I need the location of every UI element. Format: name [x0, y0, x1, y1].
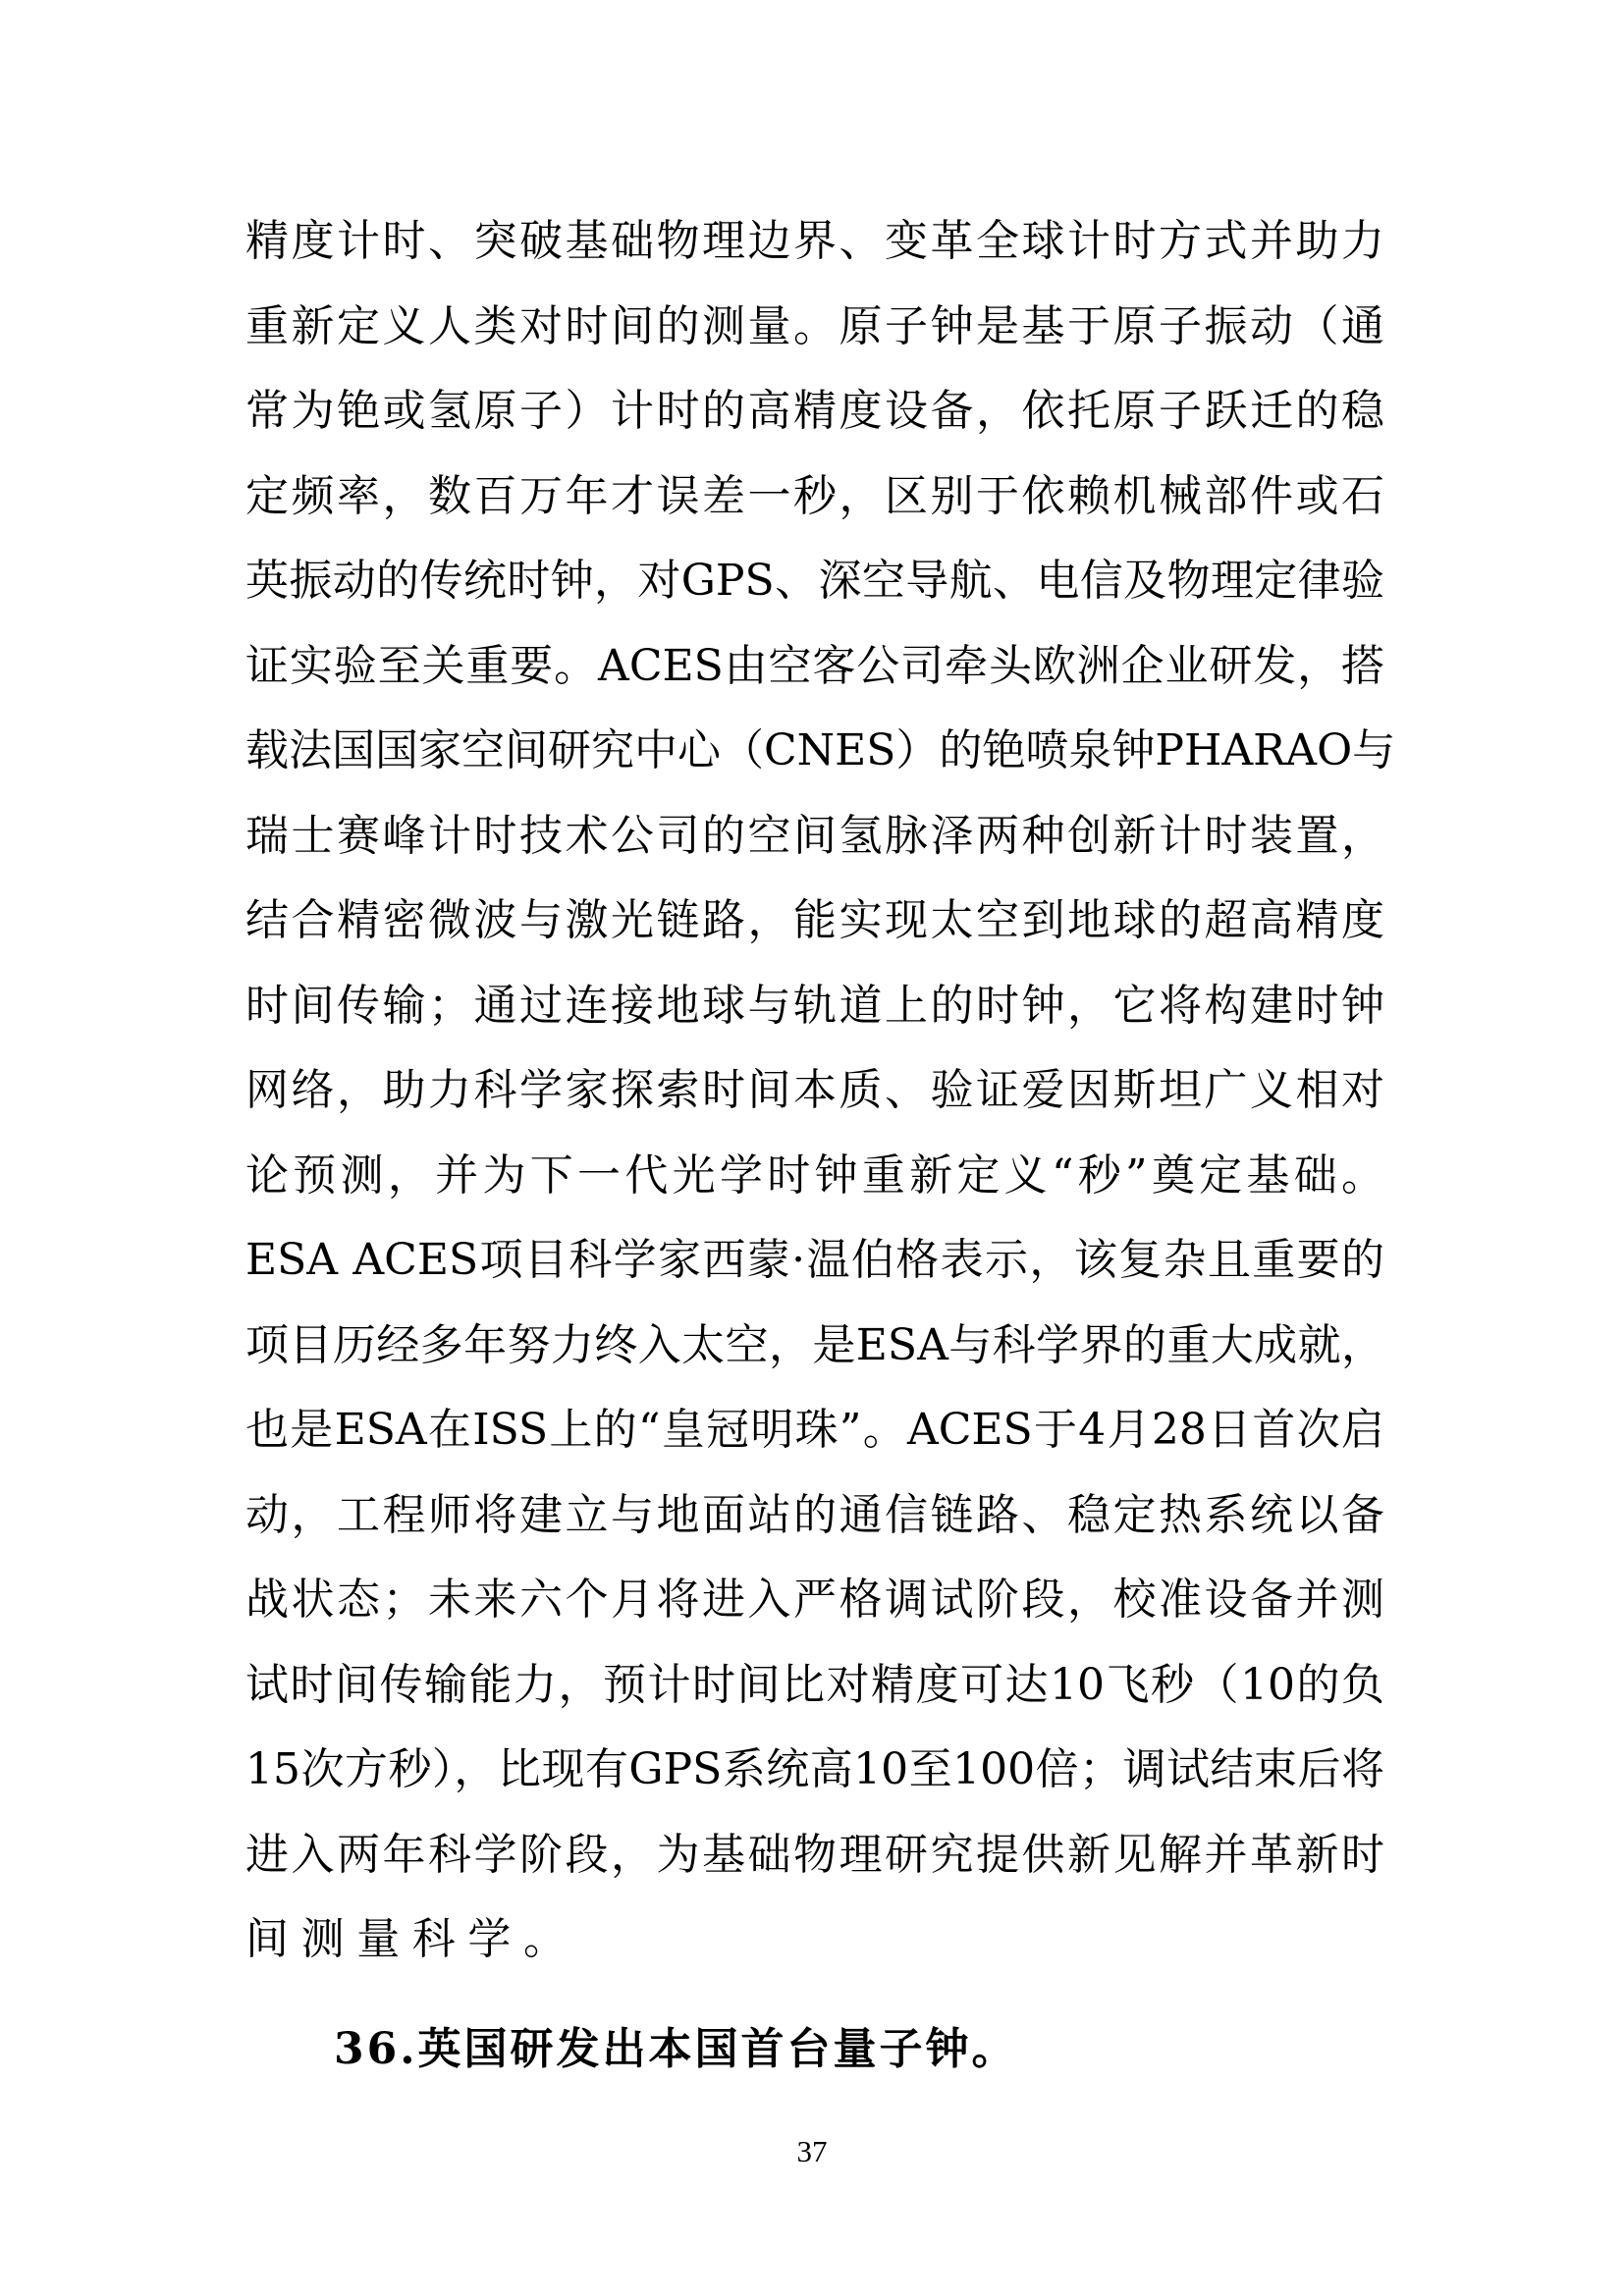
body-line-2: 重新定义人类对时间的测量。原子钟是基于原子振动（通 — [245, 295, 1384, 381]
body-line-19: 15次方秒），比现有GPS系统高10至100倍；调试结束后将 — [245, 1738, 1384, 1824]
body-line-8: 瑞士赛峰计时技术公司的空间氢脉泽两种创新计时装置， — [245, 805, 1384, 890]
body-line-9: 结合精密微波与激光链路，能实现太空到地球的超高精度 — [245, 889, 1384, 975]
body-line-18: 试时间传输能力，预计时间比对精度可达10飞秒（10的负 — [245, 1654, 1384, 1739]
body-line-7: 载法国国家空间研究中心（CNES）的铯喷泉钟PHARAO与 — [245, 720, 1384, 805]
body-line-15: 也是ESA在ISS上的“皇冠明珠”。ACES于4月28日首次启 — [245, 1399, 1384, 1484]
body-line-21: 间测量科学。 — [245, 1908, 1384, 1994]
section-heading: 36.英国研发出本国首台量子钟。 — [334, 2018, 1018, 2081]
body-paragraph: 精度计时、突破基础物理边界、变革全球计时方式并助力 重新定义人类对时间的测量。原… — [245, 210, 1384, 1994]
body-line-6: 证实验至关重要。ACES由空客公司牵头欧洲企业研发，搭 — [245, 635, 1384, 721]
body-line-3: 常为铯或氢原子）计时的高精度设备，依托原子跃迁的稳 — [245, 380, 1384, 465]
body-line-1: 精度计时、突破基础物理边界、变革全球计时方式并助力 — [245, 210, 1384, 295]
body-line-14: 项目历经多年努力终入太空，是ESA与科学界的重大成就， — [245, 1314, 1384, 1400]
page-number: 37 — [0, 2132, 1624, 2171]
document-page: 精度计时、突破基础物理边界、变革全球计时方式并助力 重新定义人类对时间的测量。原… — [0, 0, 1624, 2296]
body-line-12: 论预测，并为下一代光学时钟重新定义“秒”奠定基础。 — [245, 1145, 1384, 1230]
body-line-20: 进入两年科学阶段，为基础物理研究提供新见解并革新时 — [245, 1824, 1384, 1909]
body-line-16: 动，工程师将建立与地面站的通信链路、稳定热系统以备 — [245, 1484, 1384, 1570]
body-line-4: 定频率，数百万年才误差一秒，区别于依赖机械部件或石 — [245, 465, 1384, 551]
body-line-17: 战状态；未来六个月将进入严格调试阶段，校准设备并测 — [245, 1569, 1384, 1654]
body-line-10: 时间传输；通过连接地球与轨道上的时钟，它将构建时钟 — [245, 975, 1384, 1060]
body-line-5: 英振动的传统时钟，对GPS、深空导航、电信及物理定律验 — [245, 550, 1384, 635]
body-line-13: ESA ACES项目科学家西蒙·温伯格表示，该复杂且重要的 — [245, 1229, 1384, 1314]
body-line-11: 网络，助力科学家探索时间本质、验证爱因斯坦广义相对 — [245, 1059, 1384, 1145]
